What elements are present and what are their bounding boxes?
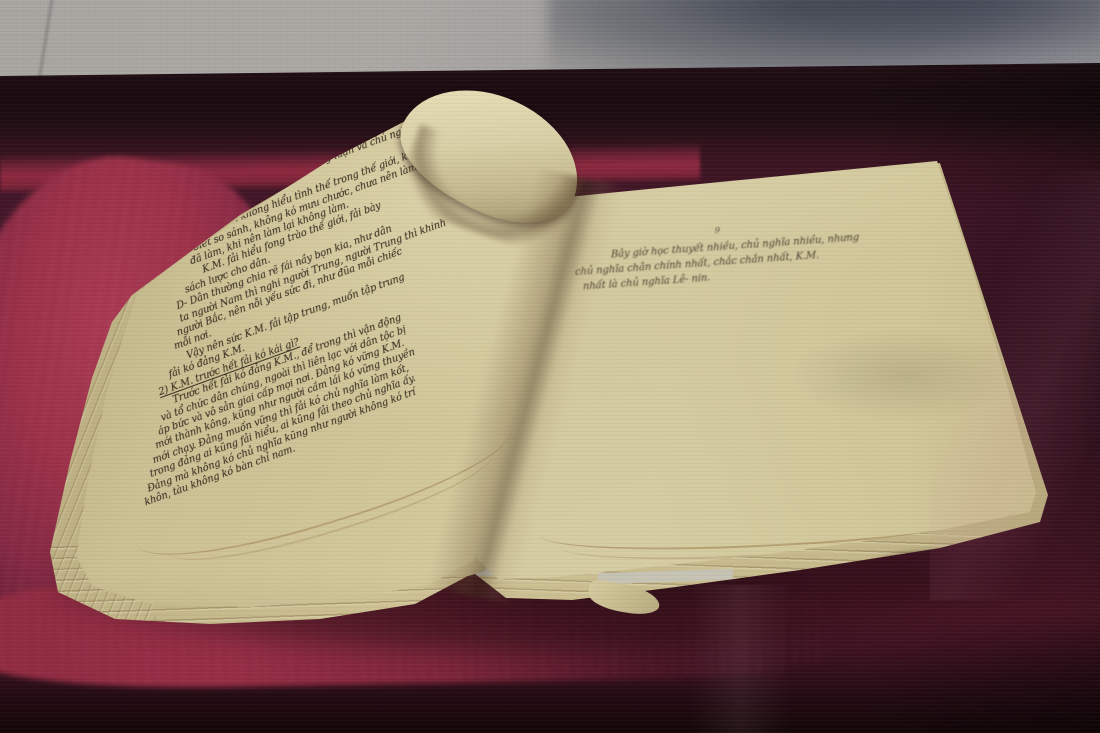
museum-photo-display-case: 9 Bây giờ học thuyết nhiều, chủ nghĩa nh… (0, 0, 1100, 733)
glass-reflection (690, 585, 790, 733)
wall-seam (37, 0, 54, 84)
glass-reflection (930, 170, 1100, 600)
right-page-number: 9 (715, 224, 720, 239)
